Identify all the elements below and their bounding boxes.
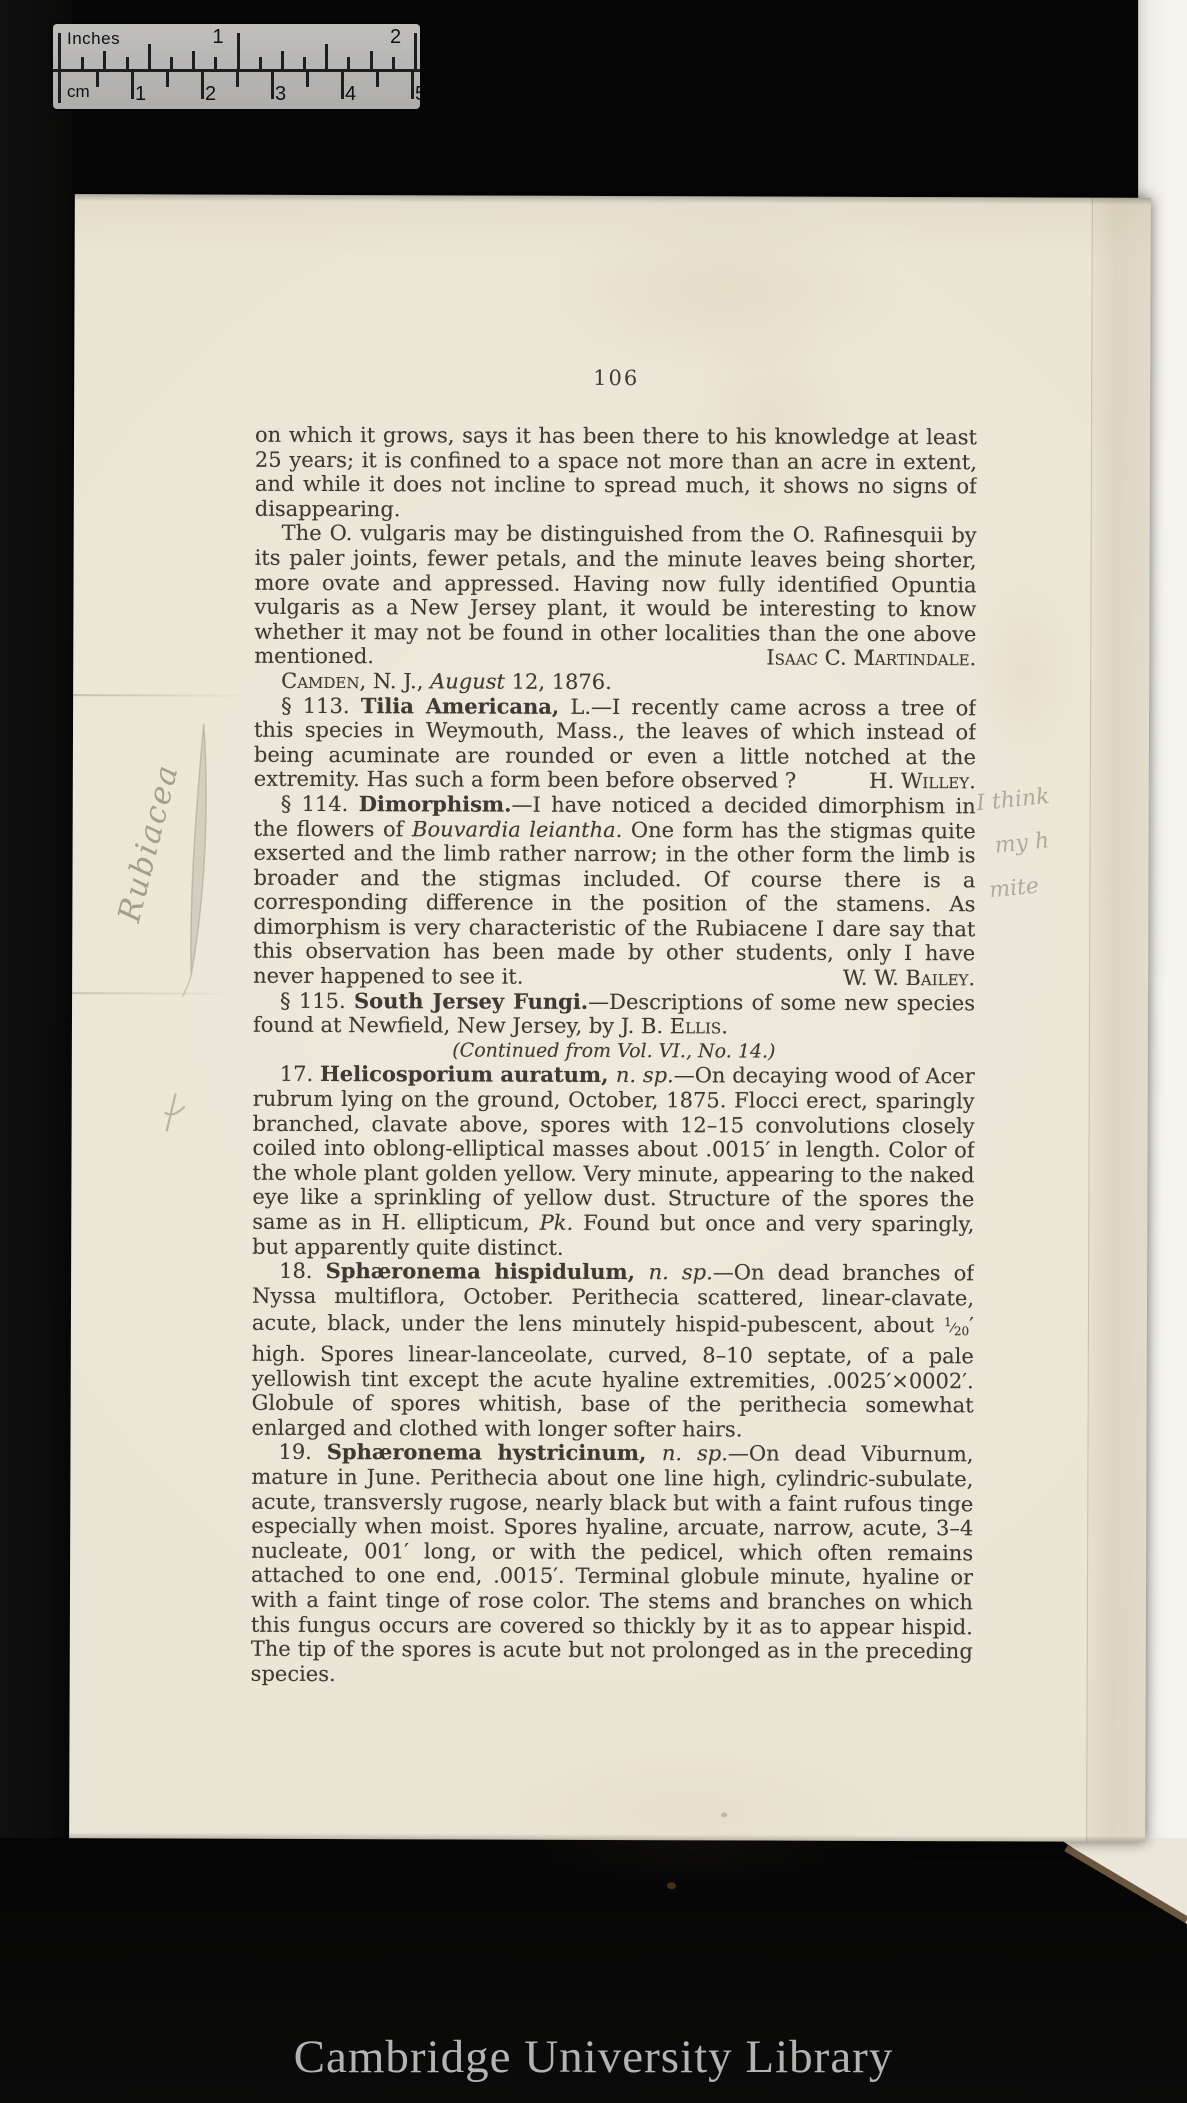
ruler-tick [201, 72, 204, 99]
text-segment: Sphæronema hispidulum, [326, 1259, 649, 1284]
ruler-tick [126, 57, 129, 69]
text-segment: § 113. [281, 693, 361, 717]
ruler-number: 5 [415, 83, 420, 106]
text-segment: 17. [280, 1062, 320, 1086]
ruler-tick [392, 57, 395, 69]
book-page: 106 on which it grows, says it has been … [69, 194, 1151, 1842]
fold-crease [73, 694, 253, 697]
signature: W. W. Bailey. [816, 966, 975, 991]
paper-stain [968, 577, 1079, 767]
text-segment: on which it grows, says it has been ther… [255, 423, 977, 521]
paragraph: § 113. Tilia Americana, L.—I recently ca… [254, 693, 976, 794]
fold-crease [72, 992, 237, 995]
text-segment: 18. [279, 1259, 326, 1283]
ruler-tick [281, 51, 284, 69]
text-segment: —On dead Viburnum, mature in June. Perit… [251, 1442, 974, 1686]
text-segment: n. sp. [662, 1442, 728, 1466]
paragraph: (Continued from Vol. VI., No. 14.) [253, 1038, 975, 1065]
paragraph: on which it grows, says it has been ther… [255, 423, 977, 524]
paper-stain [544, 204, 905, 375]
text-column: on which it grows, says it has been ther… [251, 423, 977, 1689]
paragraph: 17. Helicosporium auratum, n. sp.—On dec… [252, 1062, 975, 1261]
signature: Isaac C. Martindale. [739, 646, 976, 671]
ruler-cm-label: cm [67, 82, 90, 102]
text-segment: August [430, 669, 505, 693]
ruler-tick [166, 72, 169, 87]
ruler-tick [306, 72, 309, 87]
ruler-tick [411, 72, 414, 99]
text-segment: Tilia Americana, [361, 693, 560, 718]
ruler-tick [376, 72, 379, 87]
text-segment: Camden, N. J., [281, 669, 430, 694]
paragraph: § 114. Dimorphism.—I have noticed a deci… [253, 792, 976, 991]
ruler-number: 3 [275, 83, 286, 106]
page-top-shadow [75, 194, 1151, 205]
signature: H. Willey. [842, 769, 976, 794]
ruler-tick [303, 57, 306, 69]
ruler-number: 2 [205, 83, 216, 106]
text-segment: 19. [278, 1440, 326, 1464]
pencil-check-icon [162, 1090, 188, 1134]
text-segment: n. sp. [649, 1260, 713, 1284]
text-segment: Pk. [540, 1211, 574, 1235]
text-segment: Ellis [670, 1014, 722, 1038]
text-segment: Dimorphism. [359, 792, 512, 817]
ruler-zero-mark [58, 33, 61, 103]
ruler-tick [96, 72, 99, 87]
ruler-tick [237, 33, 240, 69]
text-segment: One form has the stigmas quite exserted … [253, 818, 976, 989]
text-segment: (Continued from Vol. VI., No. 14.) [452, 1039, 775, 1062]
fraction: 1⁄20 [944, 1322, 969, 1337]
ruler-tick [325, 44, 328, 69]
ruler-number: 4 [345, 83, 356, 106]
ruler-number: 2 [390, 26, 401, 49]
paragraph: Camden, N. J., August 12, 1876. [254, 669, 976, 696]
ruler-tick [271, 72, 274, 99]
text-segment: Bouvardia leiantha. [412, 817, 622, 842]
paragraph: The O. vulgaris may be distinguished fro… [254, 521, 977, 671]
paragraph: 18. Sphæronema hispidulum, n. sp.—On dea… [252, 1259, 975, 1443]
ruler-tick [370, 51, 373, 69]
photograph-background: Inches cm 1212345 106 on which it grows,… [0, 0, 1187, 2103]
text-segment: —On decaying wood of Acer rubrum lying o… [252, 1064, 975, 1235]
ruler-tick [347, 57, 350, 69]
paragraph: § 115. South Jersey Fungi.—Descriptions … [253, 988, 975, 1040]
ruler-tick [148, 44, 151, 69]
text-segment: n. sp. [616, 1063, 674, 1087]
text-segment: South Jersey Fungi. [354, 988, 588, 1013]
text-segment: . [721, 1015, 728, 1039]
ruler-tick [236, 72, 239, 87]
paragraph: 19. Sphæronema hystricinum, n. sp.—On de… [251, 1440, 974, 1688]
text-segment: Sphæronema hystricinum, [327, 1440, 662, 1465]
ruler-tick [214, 57, 217, 69]
ruler-number: 1 [135, 83, 146, 106]
ruler-tick [81, 57, 84, 69]
ruler-tick [414, 33, 417, 69]
text-segment: 12, 1876. [505, 670, 612, 694]
library-watermark: Cambridge University Library [25, 2030, 1162, 2084]
ruler-number: 1 [213, 26, 224, 49]
ruler-tick [170, 57, 173, 69]
marginalia-right-note: I thinkmy hmite [974, 769, 1117, 913]
ruler-inches-label: Inches [67, 29, 120, 49]
ruler-tick [341, 72, 344, 99]
book-cover-left [0, 0, 72, 2103]
page-number: 106 [255, 365, 977, 392]
text-segment: § 114. [281, 792, 359, 816]
text-segment: § 115. [280, 989, 354, 1013]
paper-speck [721, 1812, 727, 1817]
page-under-edge [1086, 198, 1151, 1842]
ruler-tick [192, 51, 195, 69]
ruler-tick [131, 72, 134, 99]
measurement-ruler: Inches cm 1212345 [53, 24, 420, 109]
ruler-tick [259, 57, 262, 69]
ruler-tick [103, 51, 106, 69]
text-segment: Helicosporium auratum, [320, 1062, 616, 1087]
